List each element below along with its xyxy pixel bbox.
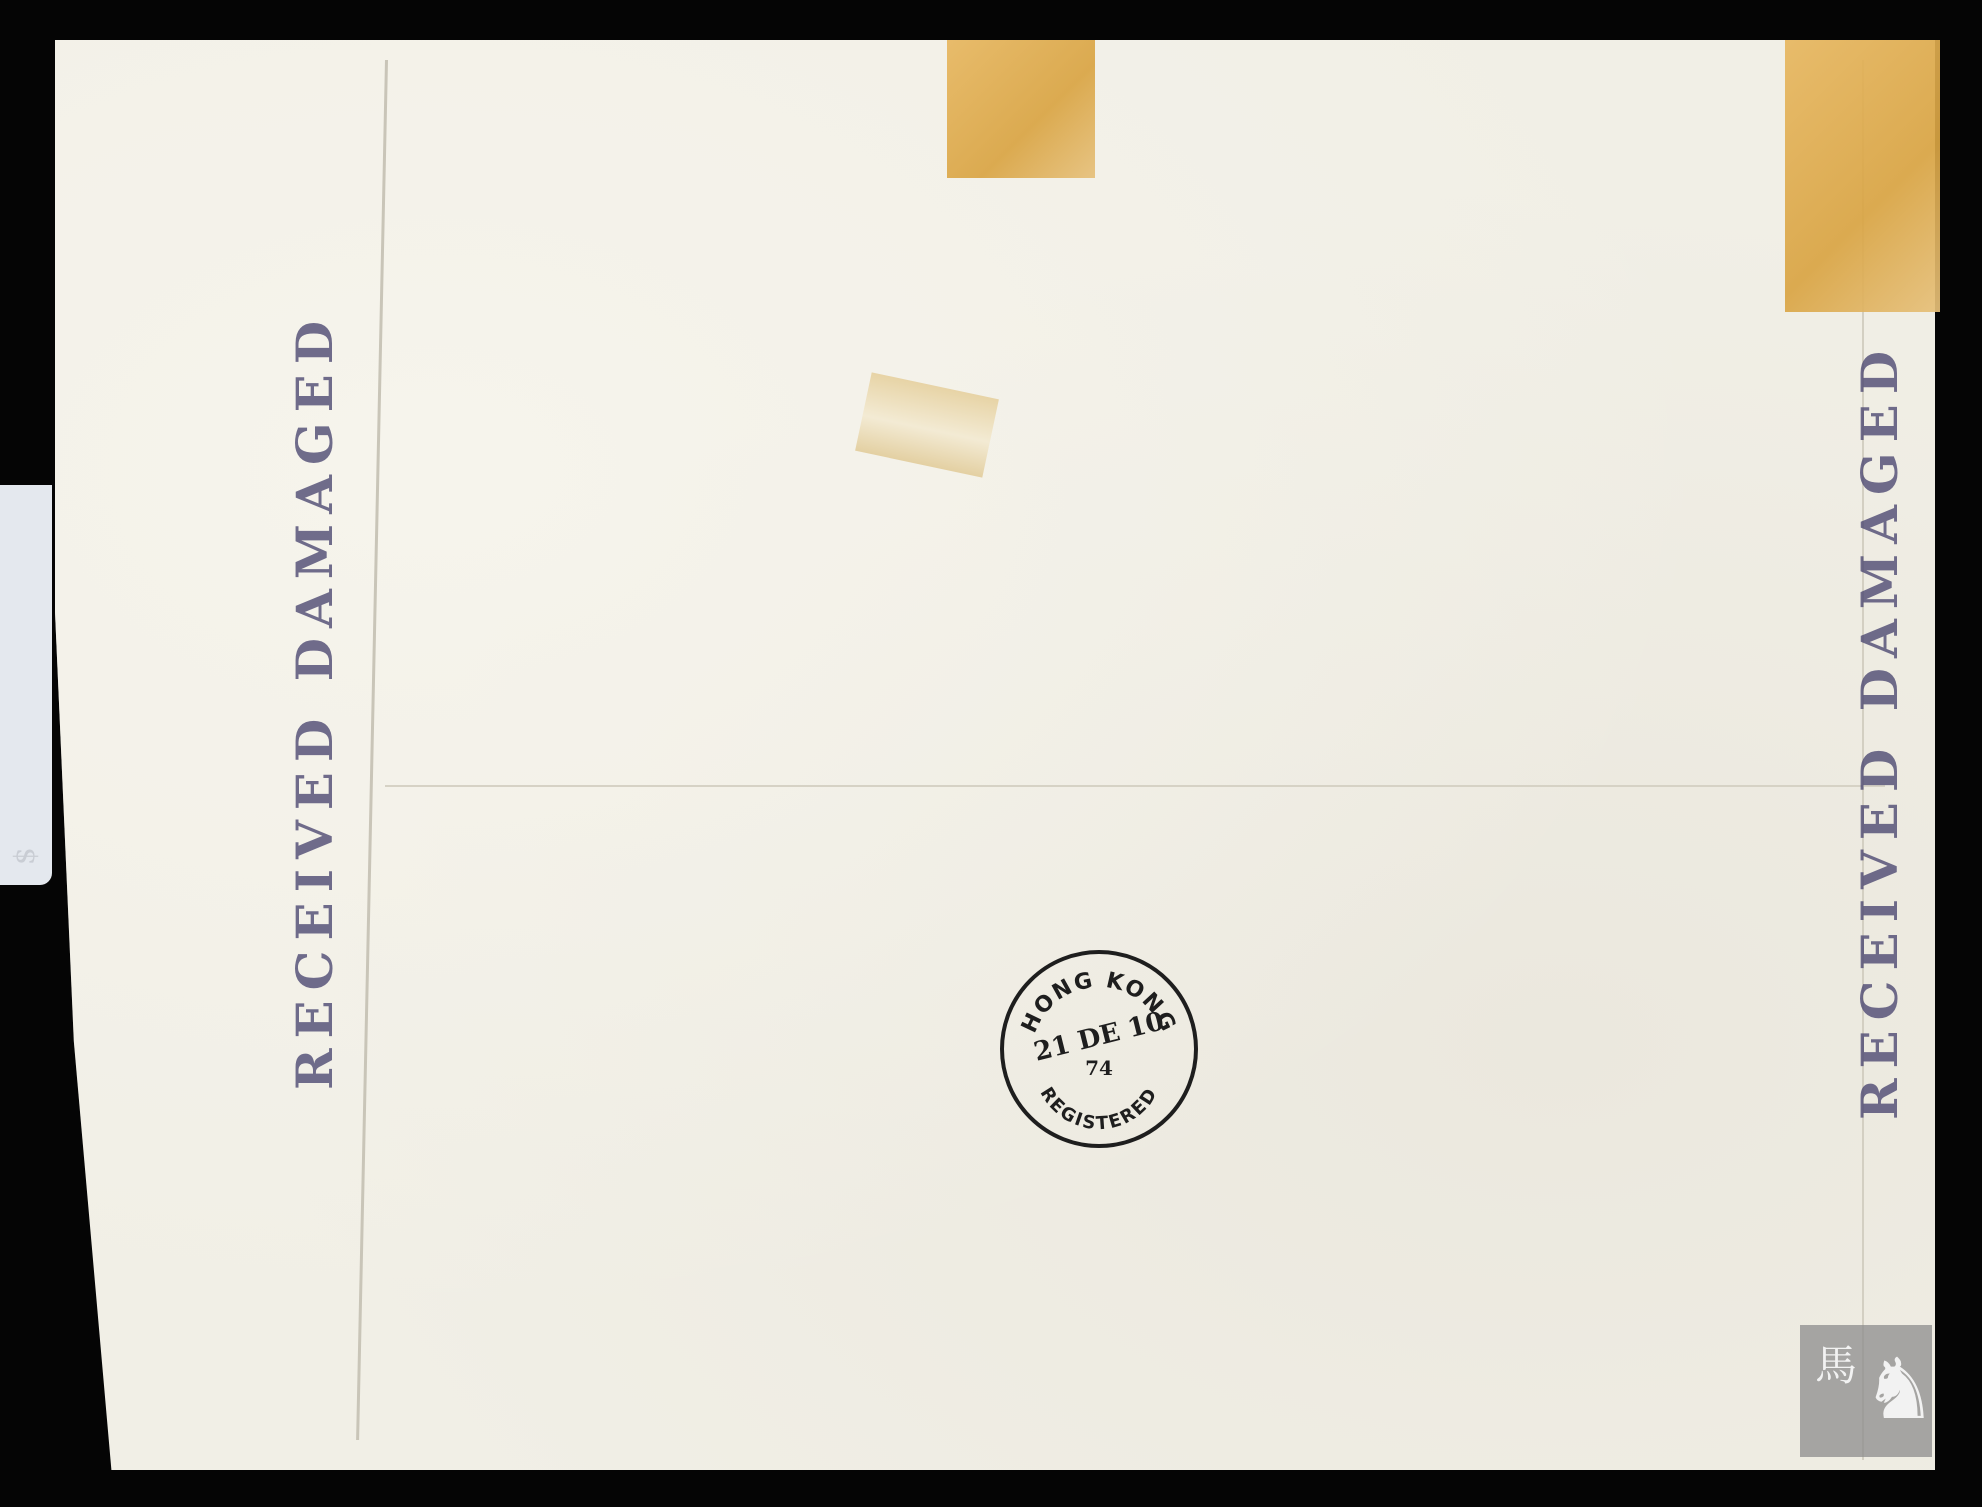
- tape-top-center: [947, 40, 1095, 178]
- postmark-year: 74: [1004, 1056, 1194, 1080]
- side-card-text: $: [8, 505, 44, 865]
- side-card: $: [0, 485, 52, 885]
- svg-text:REGISTERED: REGISTERED: [1036, 1083, 1163, 1134]
- horse-icon: ♞: [1862, 1339, 1937, 1439]
- postmark: HONG KONG REGISTERED 21 DE 10 74: [1000, 950, 1198, 1148]
- tape-top-right: [1785, 40, 1940, 312]
- right-handstamp: RECEIVED DAMAGED: [1850, 341, 1909, 1120]
- seal-character-icon: 馬: [1814, 1343, 1858, 1389]
- horse-seal-logo: 馬 ♞: [1800, 1325, 1932, 1457]
- fold-line: [385, 785, 1885, 787]
- left-handstamp: RECEIVED DAMAGED: [285, 311, 344, 1090]
